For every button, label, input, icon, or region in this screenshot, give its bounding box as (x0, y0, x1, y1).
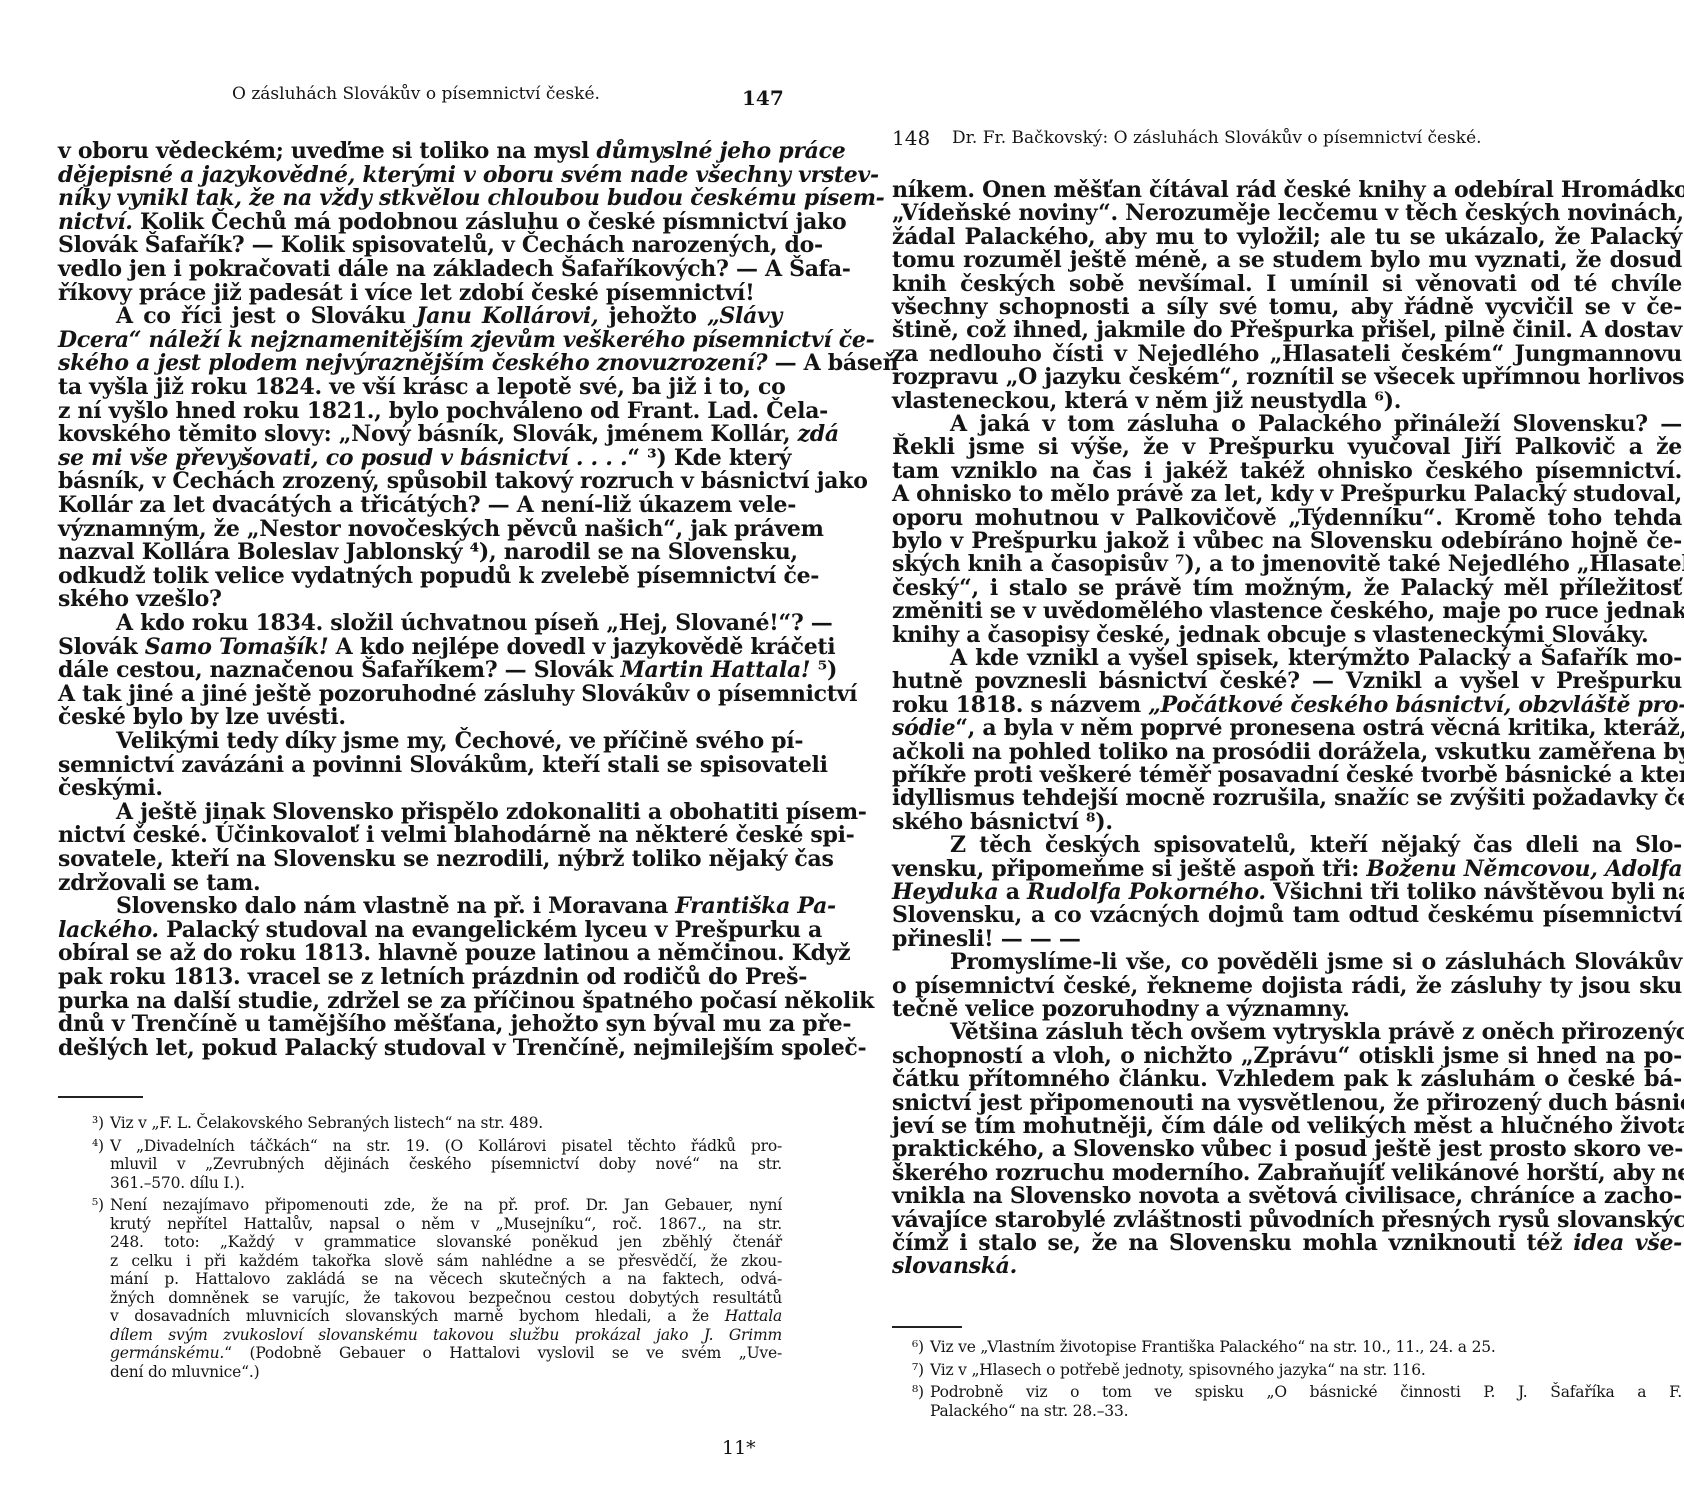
text-run: níkem. Onen měšťan čítával rád české kni… (892, 177, 1684, 203)
text-line: dnů v Trenčíně u tamějšího měšťana, jeho… (58, 1012, 782, 1036)
text-run: nictví české. Účinkovaloť i velmi blahod… (58, 822, 854, 848)
text-run: Všichni tři toliko návštěvou byli na (1266, 879, 1684, 905)
text-line: štině, což ihned, jakmile do Přešpurka p… (892, 318, 1682, 342)
italic-text: Boženu Němcovou, Adolfa (1366, 856, 1682, 882)
text-line: dějepisné a jazykovědné, kterými v oboru… (58, 163, 782, 187)
text-line: v oboru vědeckém; uveďme si toliko na my… (58, 139, 782, 163)
text-line: Slovák Samo Tomašík! A kdo nejlépe doved… (58, 635, 782, 659)
text-line: český“, i stalo se právě tím možným, že … (892, 576, 1682, 600)
text-run: Většina zásluh těch ovšem vytryskla práv… (950, 1019, 1684, 1045)
text-run: jehožto (598, 303, 707, 329)
footnote-line: Podrobně viz o tom ve spisku „O básnické… (930, 1383, 1682, 1401)
text-run: knihy a časopisy české, jednak obcuje s … (892, 622, 1648, 648)
text-line: A kdo roku 1834. složil úchvatnou píseň … (116, 611, 782, 635)
text-line: níky vynikl tak, že na vždy stkvělou chl… (58, 186, 782, 210)
text-run: Řekli jsme si výše, že v Prešpurku vyučo… (892, 434, 1682, 460)
text-run: v oboru vědeckém; uveďme si toliko na my… (58, 138, 596, 164)
body-text: níkem. Onen měšťan čítával rád české kni… (892, 178, 1682, 1328)
text-run: v dosavadních mluvnicích slovanských mar… (110, 1307, 725, 1325)
text-run: Palackého“ na str. 28.–33. (930, 1402, 1128, 1420)
text-run: čímž i stalo se, že na Slovensku mohla v… (892, 1230, 1573, 1256)
text-line: Kollár za let dvacátých a třicátých? — A… (58, 493, 782, 517)
text-run: dešlých let, pokud Palacký studoval v Tr… (58, 1035, 866, 1061)
text-line: knihy a časopisy české, jednak obcuje s … (892, 623, 1682, 647)
text-line: škerého rozruchu moderního. Zabraňujíť v… (892, 1161, 1682, 1185)
italic-text: ského a jest plodem nejvýraznějším české… (58, 350, 767, 376)
text-run: A kdo nejlépe dovedl v jazykovědě kráčet… (328, 634, 835, 660)
footnote-line: 248. toto: „Každý v grammatice slovanské… (110, 1233, 782, 1251)
text-line: kovského těmito slovy: „Nový básník, Slo… (58, 422, 782, 446)
text-line: dešlých let, pokud Palacký studoval v Tr… (58, 1036, 782, 1060)
italic-text: germánskému. (110, 1344, 224, 1362)
text-run: krutý nepřítel Hattalův, napsal o něm v … (110, 1215, 782, 1233)
text-run: Slovensku, a co vzácných dojmů tam odtud… (892, 902, 1682, 928)
text-line: nazval Kollára Boleslav Jablonský ⁴), na… (58, 540, 782, 564)
italic-text: Dcera“ náleží k nejznamenitějším zjevům … (58, 327, 874, 353)
text-line: oporu mohutnou v Palkovičově „Týdenníku“… (892, 506, 1682, 530)
text-run: Slovák (58, 634, 145, 660)
footnote-mark: ⁵) (92, 1196, 104, 1214)
text-line: semnictví zavázáni a povinni Slovákům, k… (58, 753, 782, 777)
footnote-mark: ⁴) (92, 1137, 104, 1155)
text-run: z celku i při každém takořka slově sám n… (110, 1252, 782, 1270)
text-run: Kollár za let dvacátých a třicátých? — A… (58, 492, 796, 518)
text-line: vnikla na Slovensko novota a světová civ… (892, 1184, 1682, 1208)
text-run: změniti se v uvědomělého vlastence české… (892, 598, 1684, 624)
text-run: přinesli! — — — (892, 926, 1081, 952)
text-run: Promyslíme-li vše, co pověděli jsme si o… (950, 949, 1682, 975)
text-run: 248. toto: „Každý v grammatice slovanské… (110, 1233, 782, 1251)
text-run: štině, což ihned, jakmile do Přešpurka p… (892, 317, 1682, 343)
text-run: žádal Palackého, aby mu to vyložil; ale … (892, 224, 1682, 250)
text-line: jeví se tím mohutněji, čím dále od velik… (892, 1114, 1682, 1138)
text-run: vedlo jen i pokračovati dále na základec… (58, 256, 851, 282)
footnote-line: Viz v „F. L. Čelakovského Sebraných list… (110, 1114, 782, 1132)
page-number: 148 (892, 126, 930, 150)
text-run: mání p. Hattalovo zakládá se na věcech s… (110, 1270, 782, 1288)
text-run: ského básnictví ⁸). (892, 809, 1113, 835)
text-line: níkem. Onen měšťan čítával rád české kni… (892, 178, 1682, 202)
text-run: ského vzešlo? (58, 586, 222, 612)
text-line: A ohnisko to mělo právě za let, kdy v Pr… (892, 482, 1682, 506)
footnote-rule (892, 1326, 962, 1328)
text-line: „Vídeňské noviny“. Nerozuměje lecčemu v … (892, 201, 1682, 225)
text-line: za nedlouho čísti v Nejedlého „Hlasateli… (892, 342, 1682, 366)
footnote-mark: ⁸) (912, 1383, 924, 1401)
text-line: významným, že „Nestor novočeských pěvců … (58, 517, 782, 541)
text-line: A kde vznikl a vyšel spisek, kterýmžto P… (950, 646, 1682, 670)
text-line: Slovák Šafařík? — Kolik spisovatelů, v Č… (58, 233, 782, 257)
text-run: všechny schopnosti a síly své tomu, aby … (892, 294, 1682, 320)
footnote-rule (58, 1096, 143, 1098)
text-line: ta vyšla již roku 1824. ve vší krásc a l… (58, 375, 782, 399)
footnote-line: v dosavadních mluvnicích slovanských mar… (110, 1307, 782, 1325)
running-head: O zásluhách Slovákův o písemnictví české… (232, 84, 600, 104)
text-line: roku 1818. s názvem „Počátkové českého b… (892, 693, 1682, 717)
text-line: sovatele, kteří na Slovensku se nezrodil… (58, 847, 782, 871)
italic-text: níky vynikl tak, že na vždy stkvělou chl… (58, 185, 885, 211)
text-run: A kdo roku 1834. složil úchvatnou píseň … (116, 610, 833, 636)
text-run: ta vyšla již roku 1824. ve vší krásc a l… (58, 374, 785, 400)
text-line: nictví. Kolik Čechů má podobnou zásluhu … (58, 210, 782, 234)
text-run: Slovák Šafařík? — Kolik spisovatelů, v Č… (58, 232, 823, 258)
text-line: knih českých sobě nevšímal. I umínil si … (892, 272, 1682, 296)
footnote-line: Viz v „Hlasech o potřebě jednoty, spisov… (930, 1361, 1682, 1379)
text-run: ských knih a časopisův ⁷), a to jmenovit… (892, 551, 1684, 577)
text-line: pak roku 1813. vracel se z letních prázd… (58, 965, 782, 989)
text-run: a (998, 879, 1027, 905)
italic-text: Samo Tomašík! (145, 634, 329, 660)
footnote-line: V „Divadelních táčkách“ na str. 19. (O K… (110, 1137, 782, 1155)
text-run: odkudž tolik velice vydatných popudů k z… (58, 563, 819, 589)
footnote-line: dení do mluvnice“.) (110, 1363, 782, 1381)
text-line: příkře proti veškeré téměř posavadní čes… (892, 763, 1682, 787)
right-page: 148 Dr. Fr. Bačkovský: O zásluhách Slová… (842, 0, 1684, 1501)
text-line: vávajíce starobylé zvláštnosti původních… (892, 1208, 1682, 1232)
text-run: za nedlouho čísti v Nejedlého „Hlasateli… (892, 341, 1682, 367)
text-run: rozpravu „O jazyku českém“, roznítil se … (892, 364, 1684, 390)
text-run: Viz ve „Vlastním životopise Františka Pa… (930, 1338, 1496, 1356)
text-run: Podrobně viz o tom ve spisku „O básnické… (930, 1383, 1682, 1401)
text-run: významným, že „Nestor novočeských pěvců … (58, 516, 824, 542)
italic-text: důmyslné jeho práce (596, 138, 845, 164)
text-line: Slovensko dalo nám vlastně na př. i Mora… (116, 894, 782, 918)
text-run: knih českých sobě nevšímal. I umínil si … (892, 271, 1682, 297)
text-run: Palacký studoval na evangelickém lyceu v… (159, 917, 822, 943)
text-run: V „Divadelních táčkách“ na str. 19. (O K… (110, 1137, 782, 1155)
text-run: roku 1818. s názvem (892, 692, 1148, 718)
text-run: vensku, připomeňme si ještě aspoň tři: (892, 856, 1366, 882)
text-line: Z těch českých spisovatelů, kteří nějaký… (950, 833, 1682, 857)
text-run: “, a byla v něm poprvé pronesena ostrá v… (955, 715, 1684, 741)
text-run: A co říci jest o Slováku (116, 303, 416, 329)
italic-text: dějepisné a jazykovědné, kterými v oboru… (58, 162, 879, 188)
text-run: A kde vznikl a vyšel spisek, kterýmžto P… (950, 645, 1682, 671)
text-run: dnů v Trenčíně u tamějšího měšťana, jeho… (58, 1011, 851, 1037)
text-run: o písemnictví české, řekneme dojista rád… (892, 973, 1682, 999)
text-line: lackého. Palacký studoval na evangelické… (58, 918, 782, 942)
italic-text: lackého. (58, 917, 159, 943)
text-line: obíral se až do roku 1813. hlavně pouze … (58, 941, 782, 965)
text-run: škerého rozruchu moderního. Zabraňujíť v… (892, 1160, 1684, 1186)
text-run: Viz v „F. L. Čelakovského Sebraných list… (110, 1114, 543, 1132)
footnote-line: mání p. Hattalovo zakládá se na věcech s… (110, 1270, 782, 1288)
footnotes: ³)Viz v „F. L. Čelakovského Sebraných li… (92, 1114, 782, 1434)
text-line: nictví české. Účinkovaloť i velmi blahod… (58, 823, 782, 847)
text-run: snictví jest připomenouti na vysvětlenou… (892, 1090, 1684, 1116)
text-line: Dcera“ náleží k nejznamenitějším zjevům … (58, 328, 782, 352)
text-line: dále cestou, naznačenou Šafaříkem? — Slo… (58, 658, 782, 682)
text-line: všechny schopnosti a síly své tomu, aby … (892, 295, 1682, 319)
text-run: Slovensko dalo nám vlastně na př. i Mora… (116, 893, 675, 919)
running-head: Dr. Fr. Bačkovský: O zásluhách Slovákův … (952, 128, 1482, 148)
text-line: ského vzešlo? (58, 587, 782, 611)
text-line: A tak jiné a jiné ještě pozoruhodné zásl… (58, 682, 782, 706)
text-run: ⁵) (810, 657, 837, 683)
text-run: purka na další studie, zdržel se za příč… (58, 988, 874, 1014)
footnote-line: mluvil v „Zevrubných dějinách českého pí… (110, 1155, 782, 1173)
text-line: čímž i stalo se, že na Slovensku mohla v… (892, 1231, 1682, 1255)
footnote-line: žných domněnek se varujíc, že takovou be… (110, 1289, 782, 1307)
text-line: slovanská. (892, 1254, 1682, 1278)
text-line: básník, v Čechách zrozený, spůsobil tako… (58, 469, 782, 493)
italic-text: dílem svým zvukosloví slovanskému takovo… (110, 1326, 782, 1344)
text-line: praktického, a Slovensko vůbec i posud j… (892, 1137, 1682, 1161)
text-run: pak roku 1813. vracel se z letních prázd… (58, 964, 807, 990)
italic-text: „Slávy (707, 303, 782, 329)
text-line: českými. (58, 776, 782, 800)
footnote-mark: ⁶) (912, 1338, 924, 1356)
text-line: se mi vše převyšovati, co posud v básnic… (58, 446, 782, 470)
text-run: A ohnisko to mělo právě za let, kdy v Pr… (892, 481, 1682, 507)
text-run: Kolik Čechů má podobnou zásluhu o české … (133, 209, 847, 235)
text-line: sódie“, a byla v něm poprvé pronesena os… (892, 716, 1682, 740)
text-run: „Vídeňské noviny“. Nerozuměje lecčemu v … (892, 200, 1684, 226)
italic-text: se mi vše převyšovati, co posud v básnic… (58, 445, 627, 471)
text-run: A ještě jinak Slovensko přispělo zdokona… (116, 799, 867, 825)
text-run: říkovy práce již padesát i více let zdob… (58, 280, 754, 306)
text-run: žných domněnek se varujíc, že takovou be… (110, 1289, 782, 1307)
italic-text: zdá (798, 421, 839, 447)
text-run: z ní vyšlo hned roku 1821., bylo pochvál… (58, 398, 828, 424)
text-line: purka na další studie, zdržel se za příč… (58, 989, 782, 1013)
italic-text: nictví. (58, 209, 133, 235)
italic-text: Heyduka (892, 879, 998, 905)
italic-text: idea vše- (1573, 1230, 1682, 1256)
text-run: Viz v „Hlasech o potřebě jednoty, spisov… (930, 1361, 1426, 1379)
text-run: tam vzniklo na čas i jakéž takéž ohnisko… (892, 458, 1682, 484)
footnote-line: z celku i při každém takořka slově sám n… (110, 1252, 782, 1270)
text-run: dále cestou, naznačenou Šafaříkem? — Slo… (58, 657, 621, 683)
text-run: “ ³) Kde který (627, 445, 791, 471)
text-run: obíral se až do roku 1813. hlavně pouze … (58, 940, 850, 966)
text-run: tečně velice pozoruhodny a významny. (892, 996, 1350, 1022)
text-run: bylo v Prešpurku jakož i vůbec na Sloven… (892, 528, 1682, 554)
text-line: hutně povznesli básnictví české? — Vznik… (892, 669, 1682, 693)
text-line: Slovensku, a co vzácných dojmů tam odtud… (892, 903, 1682, 927)
text-line: přinesli! — — — (892, 927, 1682, 951)
text-line: A co říci jest o Slováku Janu Kollárovi,… (116, 304, 782, 328)
text-run: nazval Kollára Boleslav Jablonský ⁴), na… (58, 539, 798, 565)
text-run: příkře proti veškeré téměř posavadní čes… (892, 762, 1684, 788)
footnote-line: Palackého“ na str. 28.–33. (930, 1402, 1682, 1420)
text-run: oporu mohutnou v Palkovičově „Týdenníku“… (892, 505, 1682, 531)
italic-text: Františka Pa- (675, 893, 836, 919)
text-line: Většina zásluh těch ovšem vytryskla práv… (950, 1020, 1682, 1044)
text-line: A jaká v tom zásluha o Palackého přinále… (950, 412, 1682, 436)
text-line: o písemnictví české, řekneme dojista rád… (892, 974, 1682, 998)
text-run: 361.–570. dílu I.). (110, 1174, 245, 1192)
italic-text: slovanská. (892, 1253, 1017, 1279)
footnotes: ⁶)Viz ve „Vlastním životopise Františka … (912, 1338, 1682, 1438)
text-line: A ještě jinak Slovensko přispělo zdokona… (116, 800, 782, 824)
text-line: čátku přítomného článku. Vzhledem pak k … (892, 1067, 1682, 1091)
text-line: změniti se v uvědomělého vlastence české… (892, 599, 1682, 623)
page-number: 147 (742, 86, 784, 110)
text-run: idyllismus tehdejší mocně rozrušila, sna… (892, 785, 1684, 811)
italic-text: Janu Kollárovi, (416, 303, 598, 329)
text-line: Promyslíme-li vše, co pověděli jsme si o… (950, 950, 1682, 974)
text-line: české bylo by lze uvésti. (58, 705, 782, 729)
italic-text: Rudolfa Pokorného. (1027, 879, 1266, 905)
text-run: mluvil v „Zevrubných dějinách českého pí… (110, 1155, 782, 1173)
text-line: rozpravu „O jazyku českém“, roznítil se … (892, 365, 1682, 389)
text-line: zdržovali se tam. (58, 871, 782, 895)
text-run: vnikla na Slovensko novota a světová civ… (892, 1183, 1682, 1209)
footnote-line: Viz ve „Vlastním životopise Františka Pa… (930, 1338, 1682, 1356)
text-line: vensku, připomeňme si ještě aspoň tři: B… (892, 857, 1682, 881)
text-run: semnictví zavázáni a povinni Slovákům, k… (58, 752, 828, 778)
footnote-line: Není nezajímavo připomenouti zde, že na … (110, 1196, 782, 1214)
text-run: jeví se tím mohutněji, čím dále od velik… (892, 1113, 1684, 1139)
text-run: praktického, a Slovensko vůbec i posud j… (892, 1136, 1683, 1162)
italic-text: sódie (892, 715, 955, 741)
text-run: sovatele, kteří na Slovensku se nezrodil… (58, 846, 834, 872)
text-line: ského a jest plodem nejvýraznějším české… (58, 351, 782, 375)
text-line: ských knih a časopisův ⁷), a to jmenovit… (892, 552, 1682, 576)
text-run: český“, i stalo se právě tím možným, že … (892, 575, 1682, 601)
text-run: vávajíce starobylé zvláštnosti původních… (892, 1207, 1684, 1233)
text-run: “ (Podobně Gebauer o Hattalovi vyslovil … (224, 1344, 782, 1362)
text-line: ského básnictví ⁸). (892, 810, 1682, 834)
text-run: básník, v Čechách zrozený, spůsobil tako… (58, 468, 868, 494)
text-line: odkudž tolik velice vydatných popudů k z… (58, 564, 782, 588)
footnote-line: dílem svým zvukosloví slovanskému takovo… (110, 1326, 782, 1344)
left-page: O zásluhách Slovákův o písemnictví české… (0, 0, 842, 1501)
text-line: říkovy práce již padesát i více let zdob… (58, 281, 782, 305)
text-line: tam vzniklo na čas i jakéž takéž ohnisko… (892, 459, 1682, 483)
text-line: tomu rozuměl ještě méně, a se studem byl… (892, 248, 1682, 272)
text-run: kovského těmito slovy: „Nový básník, Slo… (58, 421, 798, 447)
footnote-line: germánskému.“ (Podobně Gebauer o Hattalo… (110, 1344, 782, 1362)
text-run: tomu rozuměl ještě méně, a se studem byl… (892, 247, 1682, 273)
italic-text: „Počátkové českého básnictví, obzvláště … (1148, 692, 1684, 718)
footnote-mark: ⁷) (912, 1361, 924, 1379)
text-run: Není nezajímavo připomenouti zde, že na … (110, 1196, 782, 1214)
text-run: české bylo by lze uvésti. (58, 704, 346, 730)
text-run: dení do mluvnice“.) (110, 1363, 259, 1381)
text-line: Řekli jsme si výše, že v Prešpurku vyučo… (892, 435, 1682, 459)
text-line: tečně velice pozoruhodny a významny. (892, 997, 1682, 1021)
italic-text: Martin Hattala! (621, 657, 811, 683)
text-run: schopností a vloh, o nichžto „Zprávu“ ot… (892, 1043, 1682, 1069)
text-line: Velikými tedy díky jsme my, Čechové, ve … (116, 729, 782, 753)
text-line: bylo v Prešpurku jakož i vůbec na Sloven… (892, 529, 1682, 553)
footnote-line: krutý nepřítel Hattalův, napsal o něm v … (110, 1215, 782, 1233)
text-line: idyllismus tehdejší mocně rozrušila, sna… (892, 786, 1682, 810)
text-run: hutně povznesli básnictví české? — Vznik… (892, 668, 1682, 694)
text-run: vlasteneckou, která v něm již neustydla … (892, 388, 1401, 414)
text-run: A tak jiné a jiné ještě pozoruhodné zásl… (58, 681, 857, 707)
text-line: snictví jest připomenouti na vysvětlenou… (892, 1091, 1682, 1115)
text-run: českými. (58, 775, 163, 801)
text-line: ačkoli na pohled toliko na prosódii dorá… (892, 740, 1682, 764)
text-line: Heyduka a Rudolfa Pokorného. Všichni tři… (892, 880, 1682, 904)
text-run: Velikými tedy díky jsme my, Čechové, ve … (116, 728, 803, 754)
text-line: vedlo jen i pokračovati dále na základec… (58, 257, 782, 281)
text-run: Z těch českých spisovatelů, kteří nějaký… (950, 832, 1682, 858)
text-line: vlasteneckou, která v něm již neustydla … (892, 389, 1682, 413)
text-run: ačkoli na pohled toliko na prosódii dorá… (892, 739, 1684, 765)
footnote-mark: ³) (92, 1114, 104, 1132)
signature-mark: 11* (722, 1437, 756, 1459)
italic-text: Hattala (725, 1307, 782, 1325)
text-line: z ní vyšlo hned roku 1821., bylo pochvál… (58, 399, 782, 423)
body-text: v oboru vědeckém; uveďme si toliko na my… (58, 139, 782, 1059)
text-line: žádal Palackého, aby mu to vyložil; ale … (892, 225, 1682, 249)
text-run: zdržovali se tam. (58, 870, 260, 896)
text-run: čátku přítomného článku. Vzhledem pak k … (892, 1066, 1682, 1092)
text-line: schopností a vloh, o nichžto „Zprávu“ ot… (892, 1044, 1682, 1068)
footnote-line: 361.–570. dílu I.). (110, 1174, 782, 1192)
